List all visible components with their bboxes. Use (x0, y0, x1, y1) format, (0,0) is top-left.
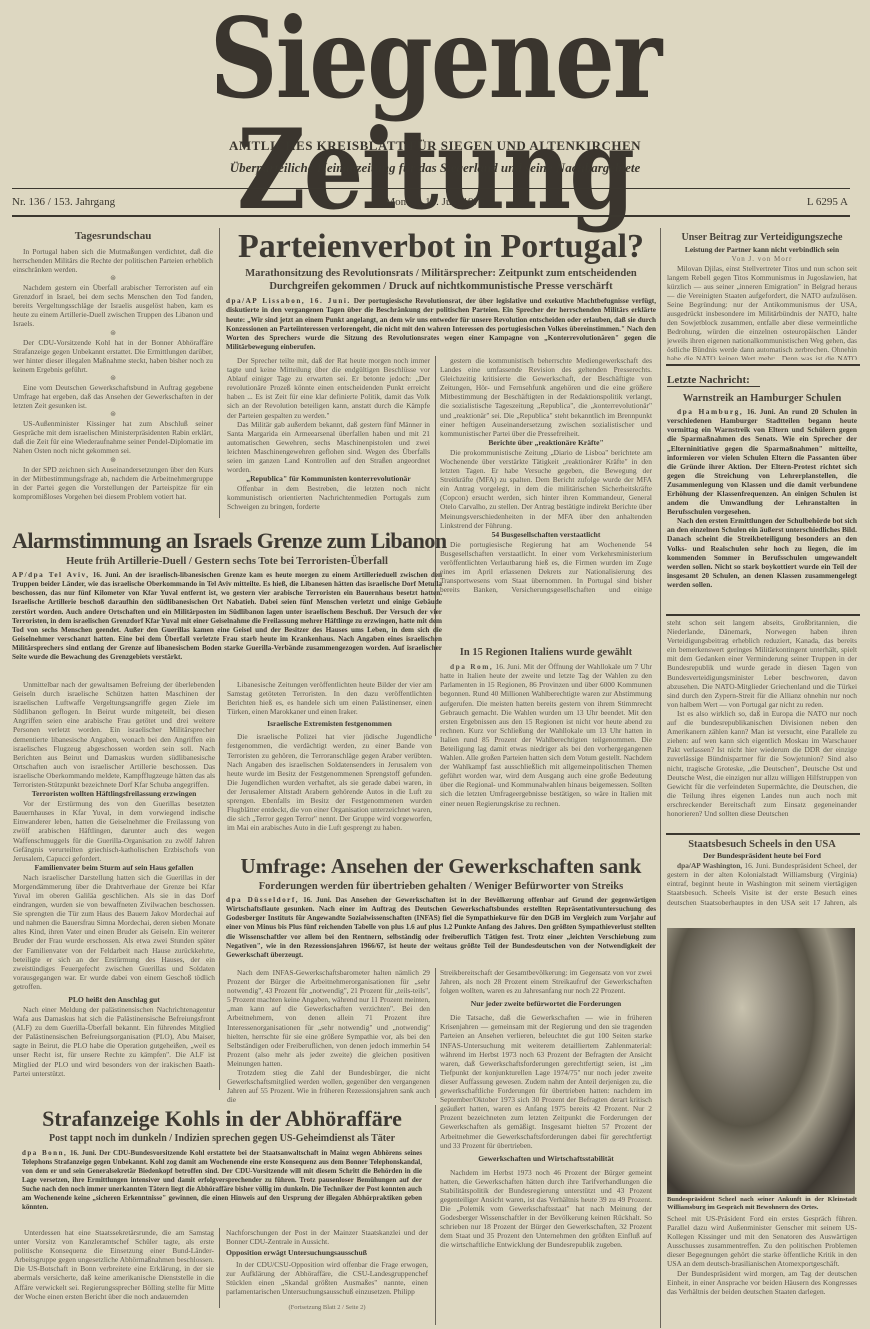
subhead: Familienvater beim Sturm auf sein Haus g… (13, 863, 215, 873)
paragraph: Unterdessen hat eine Staatssekretärsrund… (14, 1228, 214, 1301)
subhead: Gewerkschaften und Wirtschaftsstabilität (440, 1154, 652, 1164)
dateline: dpa Hamburg, (677, 407, 743, 416)
paragraph: Der Sprecher teilte mit, daß der Rat heu… (227, 356, 430, 420)
umfrage-column-2: Streikbereitschaft der Gesamtbevölkerung… (440, 968, 652, 1298)
separator-icon: ⊛ (13, 329, 213, 338)
column-divider (435, 968, 436, 1098)
separator-icon: ⊛ (13, 456, 213, 465)
masthead-rule-top (12, 188, 850, 189)
issue-date: Montag, 16. Juni 1975 (0, 196, 870, 208)
column-divider (219, 1228, 220, 1308)
headline-verteidigung: Unser Beitrag zur Verteidigungszeche (667, 232, 857, 245)
kohl-column-1: Unterdessen hat eine Staatssekretärsrund… (14, 1228, 214, 1310)
lead-text: 16. Juni. Der CDU-Bundesvorsitzende Kohl… (22, 1149, 422, 1211)
paragraph: steht schon seit langem abseits, Großbri… (667, 618, 857, 709)
dateline: dpa Düsseldorf, (226, 896, 299, 904)
verteidigung-text: Milovan Djilas, einst Stellvertreter Tit… (667, 264, 857, 360)
newspaper-tagline: Überparteiliche Heimatzeitung für das Si… (0, 160, 870, 176)
dateline: dpa Bonn, (22, 1149, 67, 1157)
article-kohl: Strafanzeige Kohls in der Abhöraffäre Po… (12, 1108, 432, 1223)
tagesrundschau-title: Tagesrundschau (13, 230, 213, 244)
headline-italien: In 15 Regionen Italiens wurde gewählt (440, 646, 652, 659)
news-item: US-Außenminister Kissinger hat zum Absch… (13, 419, 213, 455)
headline-israel: Alarmstimmung an Israels Grenze zum Liba… (12, 530, 442, 552)
paragraph: Streikbereitschaft der Gesamtbevölkerung… (440, 968, 652, 995)
israel-column-1: Unmittelbar nach der gewaltsamen Befreiu… (13, 680, 215, 1090)
subheadline-kohl: Post tappt noch im dunkeln / Indizien sp… (12, 1133, 432, 1146)
headline-warnstreik: Warnstreik an Hamburger Schulen (667, 392, 857, 405)
author: Von J. von Morr (667, 255, 857, 264)
subhead: Berichte über „reaktionäre Kräfte" (440, 438, 652, 448)
column-divider (219, 680, 220, 1090)
paragraph: In der CDU/CSU-Opposition wird offenbar … (226, 1260, 428, 1296)
umfrage-column-1: Nach dem INFAS-Gewerkschaftsbarometer ha… (227, 968, 430, 1102)
section-rule (666, 833, 860, 835)
subheadline-umfrage: Forderungen werden für übertrieben gehal… (226, 880, 656, 893)
paragraph-text: 16. Juni. An rund 20 Schulen in verschie… (667, 407, 857, 516)
italien-text: dpa Rom, 16. Juni. Mit der Öffnung der W… (440, 662, 652, 858)
photo-scheel (667, 928, 855, 1194)
tagesrundschau-items: In Portugal haben sich die Mutmaßungen v… (13, 247, 213, 501)
paragraph: Die prokommunistische Zeitung „Diario de… (440, 448, 652, 530)
news-item: In Portugal haben sich die Mutmaßungen v… (13, 247, 213, 274)
paragraph: Die Tatsache, daß die Gewerkschaften — w… (440, 1013, 652, 1149)
portugal-column-2: gestern die kommunistisch beherrschte Me… (440, 356, 652, 596)
subhead: „Republica" für Kommunisten konterrevolu… (227, 474, 430, 484)
paragraph: Libanesische Zeitungen veröffentlichten … (227, 680, 432, 716)
issue-code: L 6295 A (807, 196, 848, 208)
newspaper-title: Siegener Zeitung (0, 4, 870, 226)
portugal-column-1: Der Sprecher teilte mit, daß der Rat heu… (227, 356, 430, 522)
paragraph: Milovan Djilas, einst Stellvertreter Tit… (667, 264, 857, 360)
news-item: In der SPD zeichnen sich Auseinandersetz… (13, 465, 213, 501)
continued-note: (Fortsetzung Blatt 2 / Seite 2) (226, 1303, 428, 1312)
lead-israel: AP/dpa Tel Aviv, 16. Juni. An der israel… (12, 571, 442, 683)
paragraph: gestern die kommunistisch beherrschte Me… (440, 356, 652, 438)
paragraph: Nach den ersten Ermittlungen der Schulbe… (667, 516, 857, 589)
column-divider (435, 1105, 436, 1325)
separator-icon: ⊛ (13, 274, 213, 283)
paragraph: Das Militär gab außerdem bekannt, daß ge… (227, 420, 430, 475)
photo-caption: Bundespräsident Scheel nach seiner Ankun… (667, 1196, 857, 1212)
subhead: Terroristen wollten Häftlingsfreilassung… (13, 789, 215, 799)
news-item: Eine vom Deutschen Gewerkschaftsbund in … (13, 383, 213, 410)
lead-text: 16. Juni. An der israelisch-libanesische… (12, 571, 442, 661)
headline-kohl: Strafanzeige Kohls in der Abhöraffäre (12, 1108, 432, 1130)
subheadline-verteidigung: Leistung der Partner kann nicht verbindl… (667, 245, 857, 255)
scheel-lead: dpa/AP Washington, 16. Juni. Bundespräsi… (667, 861, 857, 909)
scheel-text: Scheel mit US-Präsident Ford ein erstes … (667, 1214, 857, 1314)
subheadline-israel: Heute früh Artillerie-Duell / Gestern se… (12, 555, 442, 568)
letzte-nachricht-label: Letzte Nachricht: (667, 374, 760, 387)
tagesrundschau-box: Tagesrundschau In Portugal haben sich di… (13, 230, 213, 518)
paragraph-text: 16. Juni. Mit der Öffnung der Wahllokale… (440, 662, 652, 807)
kohl-column-2: Nachforschungen der Post in der Mainzer … (226, 1228, 428, 1312)
israel-column-2: Libanesische Zeitungen veröffentlichten … (227, 680, 432, 855)
dateline: AP/dpa Tel Aviv, (12, 571, 90, 579)
news-item: Nachdem gestern ein Überfall arabischer … (13, 283, 213, 328)
article-portugal: Parteienverbot in Portugal? Marathonsitz… (226, 230, 656, 352)
paragraph: Nach israelischer Darstellung hatten sic… (13, 873, 215, 991)
article-italien: In 15 Regionen Italiens wurde gewählt dp… (440, 646, 652, 861)
newspaper-subtitle: AMTLICHES KREISBLATT FÜR SIEGEN UND ALTE… (0, 138, 870, 154)
headline-scheel: Staatsbesuch Scheels in den USA (667, 838, 857, 851)
verteidigung-continued: steht schon seit langem abseits, Großbri… (667, 618, 857, 820)
column-divider (219, 228, 220, 518)
dateline: dpa/AP Washington, (677, 861, 742, 870)
subhead: PLO heißt den Anschlag gut (13, 995, 215, 1005)
section-rule (666, 364, 860, 366)
subheadline-portugal: Marathonsitzung des Revolutionsrats / Mi… (226, 267, 656, 293)
paragraph: Nach einer Meldung der palästinensischen… (13, 1005, 215, 1078)
paragraph: Nachforschungen der Post in der Mainzer … (226, 1228, 428, 1246)
section-rule (666, 614, 860, 616)
paragraph: Ist es also wirklich so, daß in Europa d… (667, 709, 857, 818)
article-letzte-nachricht: Letzte Nachricht: Warnstreik an Hamburge… (667, 370, 857, 607)
paragraph: Die portugiesische Regierung hat am Woch… (440, 540, 652, 596)
paragraph: Scheel mit US-Präsident Ford ein erstes … (667, 1214, 857, 1269)
paragraph: Offenbar in dem Bestreben, die letzten n… (227, 484, 430, 511)
subhead: 54 Busgesellschaften verstaatlicht (440, 530, 652, 540)
lead-text: Der portugiesische Revolutionsrat, der ü… (226, 297, 656, 351)
paragraph: Unmittelbar nach der gewaltsamen Befreiu… (13, 680, 215, 789)
headline-portugal: Parteienverbot in Portugal? (226, 230, 656, 264)
lead-kohl: dpa Bonn, 16. Juni. Der CDU-Bundesvorsit… (12, 1149, 432, 1223)
separator-icon: ⊛ (13, 374, 213, 383)
article-israel: Alarmstimmung an Israels Grenze zum Liba… (12, 530, 442, 683)
masthead-rule-bottom (12, 215, 850, 217)
lead-portugal: dpa/AP Lissabon, 16. Juni. Der portugies… (226, 297, 656, 352)
subhead: Israelische Extremisten festgenommen (227, 719, 432, 729)
subhead: Nur jeder zweite befürwortet die Forderu… (440, 999, 652, 1009)
paragraph: Die israelische Polizei hat vier jüdisch… (227, 732, 432, 832)
subhead: Opposition erwägt Untersuchungsausschuß (226, 1248, 428, 1258)
lead-text: 16. Juni. Das Ansehen der Gewerkschaften… (226, 896, 656, 959)
paragraph: Nachdem im Herbst 1973 noch 46 Prozent d… (440, 1168, 652, 1250)
paragraph: Der Bundespräsident wird morgen, am Tag … (667, 1269, 857, 1296)
headline-umfrage: Umfrage: Ansehen der Gewerkschaften sank (226, 856, 656, 877)
news-item: Der CDU-Vorsitzende Kohl hat in der Bonn… (13, 338, 213, 374)
article-umfrage: Umfrage: Ansehen der Gewerkschaften sank… (226, 856, 656, 981)
dateline: dpa Rom, (450, 662, 493, 671)
column-divider (660, 228, 661, 1328)
subheadline-scheel: Der Bundespräsident heute bei Ford (667, 851, 857, 861)
dateline: dpa/AP Lissabon, 16. Juni. (226, 297, 351, 305)
warnstreik-text: dpa Hamburg, 16. Juni. An rund 20 Schule… (667, 407, 857, 607)
paragraph: Vor der Erstürmung des von den Guerillas… (13, 799, 215, 863)
paragraph: Nach dem INFAS-Gewerkschaftsbarometer ha… (227, 968, 430, 1068)
separator-icon: ⊛ (13, 410, 213, 419)
paragraph: Trotzdem stieg die Zahl der Bundesbürger… (227, 1068, 430, 1102)
article-scheel: Staatsbesuch Scheels in den USA Der Bund… (667, 838, 857, 909)
